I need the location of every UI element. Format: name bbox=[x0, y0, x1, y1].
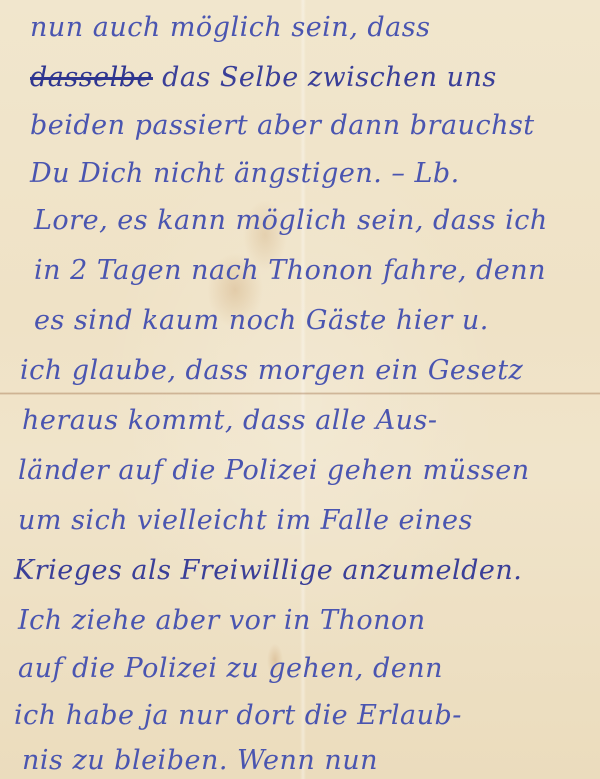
letter-line: Krieges als Freiwillige anzumelden. bbox=[14, 555, 522, 586]
letter-line: nis zu bleiben. Wenn nun bbox=[22, 745, 378, 776]
letter-page: nun auch möglich sein, dass dasselbe das… bbox=[0, 0, 600, 779]
letter-line: in 2 Tagen nach Thonon fahre, denn bbox=[34, 255, 546, 286]
letter-line: um sich vielleicht im Falle eines bbox=[18, 505, 473, 536]
letter-line: Du Dich nicht ängstigen. – Lb. bbox=[30, 158, 460, 189]
letter-line: nun auch möglich sein, dass bbox=[30, 12, 430, 43]
letter-line: Lore, es kann möglich sein, dass ich bbox=[34, 205, 548, 236]
letter-line: beiden passiert aber dann brauchst bbox=[30, 110, 535, 141]
letter-line: es sind kaum noch Gäste hier u. bbox=[34, 305, 489, 336]
letter-line: auf die Polizei zu gehen, denn bbox=[18, 653, 443, 684]
struck-word: dasselbe bbox=[30, 62, 153, 93]
letter-line: dasselbe das Selbe zwischen uns bbox=[30, 62, 497, 93]
letter-line: Ich ziehe aber vor in Thonon bbox=[18, 605, 426, 636]
letter-line: länder auf die Polizei gehen müssen bbox=[18, 455, 530, 486]
letter-line: heraus kommt, dass alle Aus- bbox=[22, 405, 438, 436]
letter-line: ich glaube, dass morgen ein Gesetz bbox=[20, 355, 523, 386]
letter-line: ich habe ja nur dort die Erlaub- bbox=[14, 700, 462, 731]
letter-text: nun auch möglich sein, dass dasselbe das… bbox=[0, 0, 600, 779]
